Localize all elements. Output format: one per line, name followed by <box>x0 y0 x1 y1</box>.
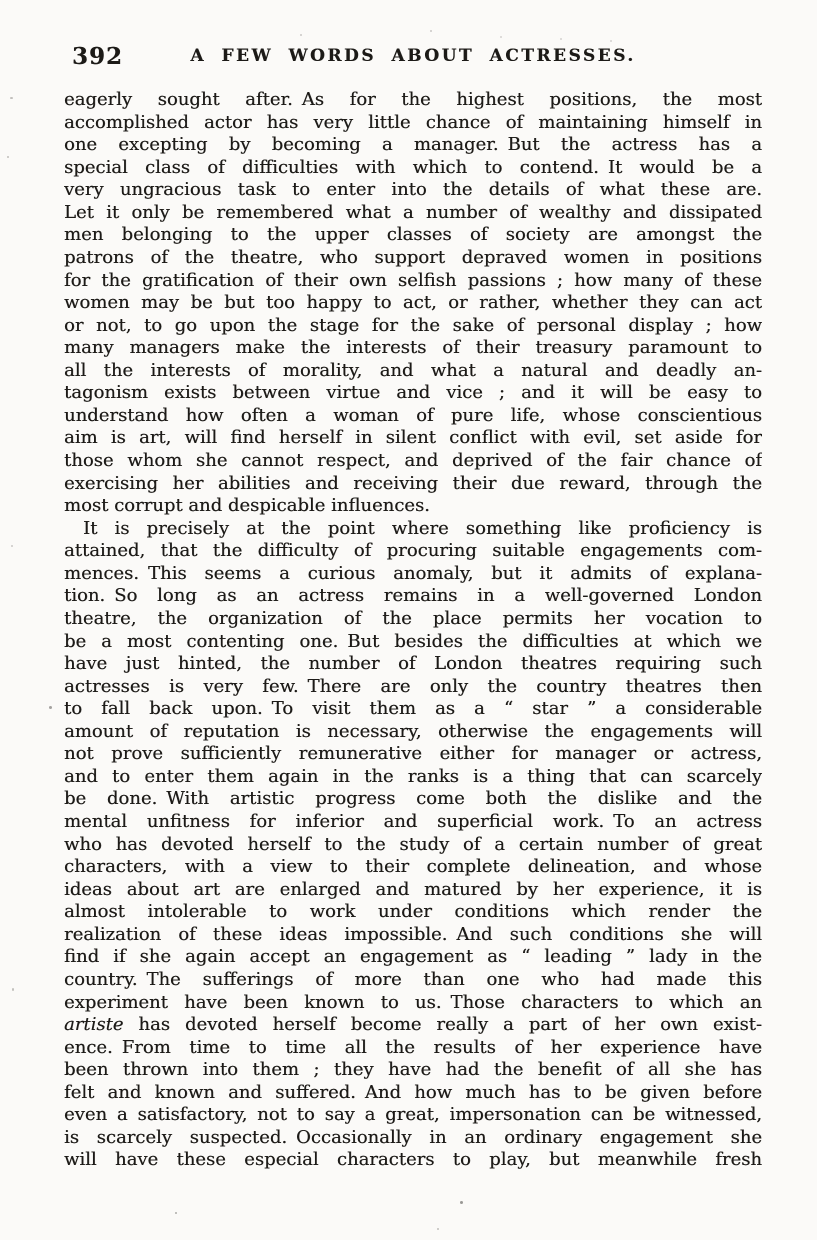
scan-speck <box>300 34 302 36</box>
text-line: women may be but too happy to act, or ra… <box>64 292 762 315</box>
text-line: find if she again accept an engagement a… <box>64 946 762 969</box>
scan-speck <box>610 40 612 42</box>
scan-speck <box>12 988 14 991</box>
book-page: 392 A FEW WORDS ABOUT ACTRESSES. eagerly… <box>0 0 817 1240</box>
scan-speck <box>175 1212 177 1214</box>
scan-speck <box>49 706 52 709</box>
text-line: is scarcely suspected. Occasionally in a… <box>64 1127 762 1150</box>
text-line: It is precisely at the point where somet… <box>64 518 762 541</box>
running-title: A FEW WORDS ABOUT ACTRESSES. <box>64 42 762 70</box>
text-line: ence. From time to time all the results … <box>64 1037 762 1060</box>
text-line: all the interests of morality, and what … <box>64 360 762 383</box>
text-line: Let it only be remembered what a number … <box>64 202 762 225</box>
text-line: accomplished actor has very little chanc… <box>64 112 762 135</box>
text-line: characters, with a view to their complet… <box>64 856 762 879</box>
text-line: country. The sufferings of more than one… <box>64 969 762 992</box>
text-line: tagonism exists between virtue and vice … <box>64 382 762 405</box>
scan-speck <box>560 38 562 40</box>
page-number: 392 <box>72 43 123 70</box>
text-line: artiste has devoted herself become reall… <box>64 1014 762 1037</box>
text-line: realization of these ideas impossible. A… <box>64 924 762 947</box>
text-line: mental unfitness for inferior and superf… <box>64 811 762 834</box>
text-line: theatre, the organization of the place p… <box>64 608 762 631</box>
text-line: be done. With artistic progress come bot… <box>64 788 762 811</box>
text-line: be a most contenting one. But besides th… <box>64 631 762 654</box>
text-line: eagerly sought after. As for the highest… <box>64 89 762 112</box>
text-line: actresses is very few. There are only th… <box>64 676 762 699</box>
page-header: 392 A FEW WORDS ABOUT ACTRESSES. <box>64 42 762 70</box>
scan-speck <box>10 97 13 99</box>
text-line: and to enter them again in the ranks is … <box>64 766 762 789</box>
scan-speck <box>460 1201 463 1204</box>
text-line: those whom she cannot respect, and depri… <box>64 450 762 473</box>
text-line: or not, to go upon the stage for the sak… <box>64 315 762 338</box>
text-line: patrons of the theatre, who support depr… <box>64 247 762 270</box>
text-line: exercising her abilities and receiving t… <box>64 473 762 496</box>
text-line: been thrown into them ; they have had th… <box>64 1059 762 1082</box>
text-line: tion. So long as an actress remains in a… <box>64 585 762 608</box>
text-line: experiment have been known to us. Those … <box>64 992 762 1015</box>
text-line: many managers make the interests of thei… <box>64 337 762 360</box>
text-line: special class of difficulties with which… <box>64 157 762 180</box>
page-body: eagerly sought after. As for the highest… <box>64 89 762 1172</box>
text-line: one excepting by becoming a manager. But… <box>64 134 762 157</box>
text-line: most corrupt and despicable influences. <box>64 495 762 518</box>
text-line: understand how often a woman of pure lif… <box>64 405 762 428</box>
text-line: ideas about art are enlarged and matured… <box>64 879 762 902</box>
text-line: aim is art, will find herself in silent … <box>64 427 762 450</box>
text-line: mences. This seems a curious anomaly, bu… <box>64 563 762 586</box>
text-line: even a satisfactory, not to say a great,… <box>64 1104 762 1127</box>
scan-speck <box>437 1228 439 1230</box>
text-line: will have these especial characters to p… <box>64 1149 762 1172</box>
text-line: men belonging to the upper classes of so… <box>64 224 762 247</box>
text-line: almost intolerable to work under conditi… <box>64 901 762 924</box>
text-line: felt and known and suffered. And how muc… <box>64 1082 762 1105</box>
scan-speck <box>430 30 432 32</box>
text-line: have just hinted, the number of London t… <box>64 653 762 676</box>
text-line: amount of reputation is necessary, other… <box>64 721 762 744</box>
text-line: very ungracious task to enter into the d… <box>64 179 762 202</box>
text-line: attained, that the difficulty of procuri… <box>64 540 762 563</box>
scan-speck <box>7 156 9 158</box>
scan-speck <box>11 545 13 547</box>
text-line: who has devoted herself to the study of … <box>64 834 762 857</box>
text-line: for the gratification of their own selfi… <box>64 270 762 293</box>
paragraph: eagerly sought after. As for the highest… <box>64 89 762 518</box>
paragraph: It is precisely at the point where somet… <box>64 518 762 1172</box>
scan-speck <box>500 36 502 38</box>
text-line: to fall back upon. To visit them as a “ … <box>64 698 762 721</box>
text-line: not prove sufficiently remunerative eith… <box>64 743 762 766</box>
